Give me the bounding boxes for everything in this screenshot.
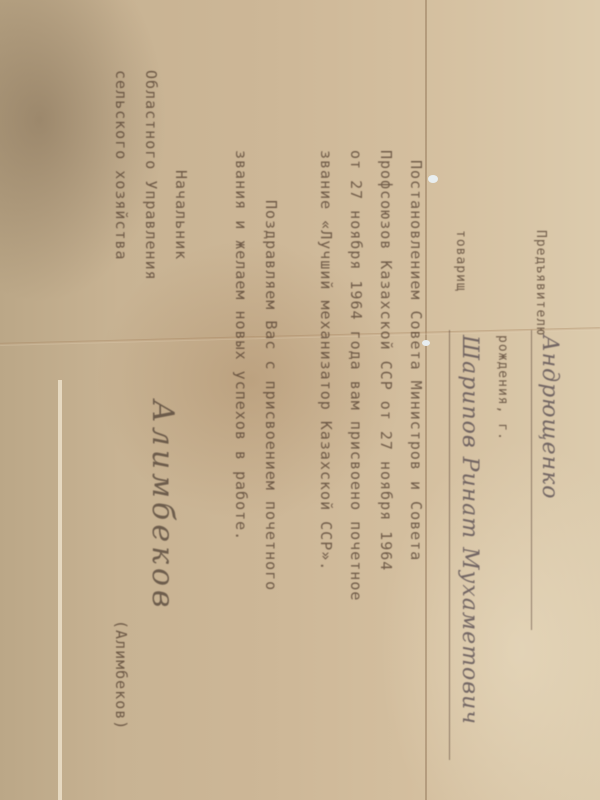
certificate-sheet: Предъявителю Андрющенко рождения, г. тов… (0, 0, 600, 800)
signature: Алимбеков (145, 400, 180, 612)
body-line-2: Профсоюзов Казахской ССР от 27 ноября 19… (377, 150, 395, 571)
bearer-underline (531, 330, 532, 630)
signatory-name: (Алимбеков) (112, 620, 130, 730)
bearer-label: Предъявителю (533, 230, 548, 336)
comrade-underline (449, 330, 450, 760)
body-line-5: Поздравляем Вас с присвоением почетного (262, 200, 280, 591)
body-line-1: Постановлением Совета Министров и Совета (407, 160, 425, 561)
body-line-6: звания и желаем новых успехов в работе. (232, 150, 250, 541)
comrade-name: Шарипов Ринат Мухаметович (457, 335, 482, 725)
footer-dept-1: Областного Управления (142, 70, 160, 281)
bearer-name: Андрющенко (537, 335, 562, 499)
body-line-3: от 27 ноября 1964 года вам присвоено поч… (347, 150, 365, 601)
footer-title: Начальник (172, 170, 190, 260)
body-line-4: звание «Лучший механизатор Казахской ССР… (317, 150, 335, 571)
comrade-label: товарищ (453, 230, 468, 292)
document-photo: Предъявителю Андрющенко рождения, г. тов… (0, 0, 600, 800)
footer-dept-2: сельского хозяйства (112, 70, 130, 261)
birth-label: рождения, г. (495, 0, 510, 441)
